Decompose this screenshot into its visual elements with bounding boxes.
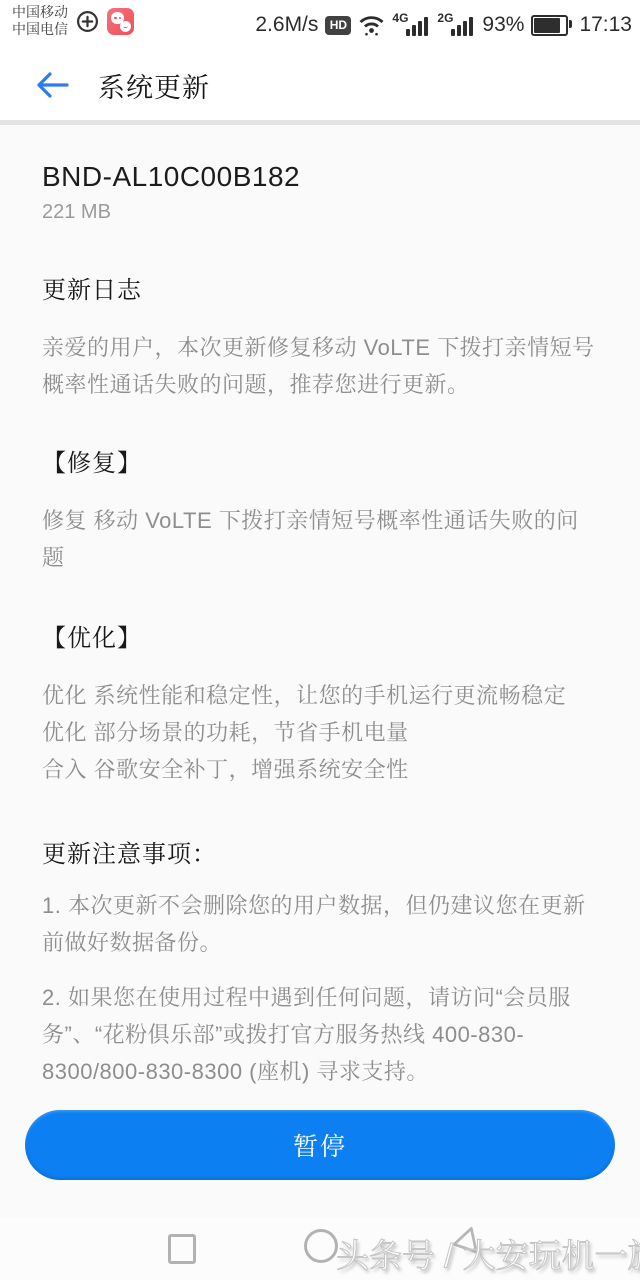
optimize-list: 优化 系统性能和稳定性，让您的手机运行更流畅稳定 优化 部分场景的功耗，节省手机… (42, 677, 598, 788)
status-bar-right: 2.6M/s HD 4G 2G 93% 17:13 (255, 0, 632, 50)
watermark-text: 头条号 / 大安玩机一族 (336, 1230, 640, 1277)
fix-section-body: 修复 移动 VoLTE 下拨打亲情短号概率性通话失败的问题 (42, 502, 598, 576)
network-speed: 2.6M/s (255, 13, 318, 37)
battery-percent: 93% (482, 13, 524, 37)
home-circle-icon[interactable] (304, 1229, 338, 1263)
note-item: 1. 本次更新不会删除您的用户数据，但仍建议您在更新前做好数据备份。 (42, 869, 598, 961)
page-title: 系统更新 (98, 66, 210, 105)
pause-button[interactable]: 暂停 (25, 1110, 615, 1180)
notes-list: 1. 本次更新不会删除您的用户数据，但仍建议您在更新前做好数据备份。 2. 如果… (42, 869, 598, 1090)
phone-screen: 中国移动 中国电信 2.6M/s HD (0, 0, 640, 1280)
firmware-version: BND-AL10C00B182 (42, 161, 598, 193)
update-content: BND-AL10C00B182 221 MB 更新日志 亲爱的用户，本次更新修复… (0, 125, 640, 1090)
optimize-item: 优化 系统性能和稳定性，让您的手机运行更流畅稳定 (42, 677, 598, 714)
note-item: 2. 如果您在使用过程中遇到任何问题，请访问“会员服务”、“花粉俱乐部”或拨打官… (42, 961, 598, 1090)
notes-section-title: 更新注意事项： (42, 834, 598, 869)
status-bar-left: 中国移动 中国电信 (12, 4, 134, 38)
optimize-item: 合入 谷歌安全补丁，增强系统安全性 (42, 751, 598, 788)
back-arrow-icon (34, 70, 70, 100)
carrier-labels: 中国移动 中国电信 (12, 4, 68, 38)
back-button[interactable] (30, 63, 74, 107)
clock: 17:13 (579, 13, 632, 37)
wifi-icon (358, 14, 385, 36)
app-header: 系统更新 (0, 50, 640, 120)
optimize-section-title: 【优化】 (42, 618, 598, 653)
carrier-line-1: 中国移动 (12, 4, 68, 21)
signal-4g-icon: 4G (392, 12, 430, 38)
optimize-item: 优化 部分场景的功耗，节省手机电量 (42, 714, 598, 751)
signal-2g-icon: 2G (437, 12, 475, 38)
battery-icon (531, 15, 568, 36)
update-size: 221 MB (42, 201, 598, 224)
circle-plus-icon (76, 10, 99, 33)
changelog-intro: 亲爱的用户，本次更新修复移动 VoLTE 下拨打亲情短号概率性通话失败的问题，推… (42, 329, 598, 403)
chat-app-notification-icon (107, 8, 134, 35)
fix-section-title: 【修复】 (42, 443, 598, 478)
recents-square-icon[interactable] (168, 1234, 196, 1264)
hd-volte-icon: HD (325, 16, 351, 35)
carrier-line-2: 中国电信 (12, 21, 68, 38)
changelog-title: 更新日志 (42, 270, 598, 305)
status-bar: 中国移动 中国电信 2.6M/s HD (0, 0, 640, 50)
